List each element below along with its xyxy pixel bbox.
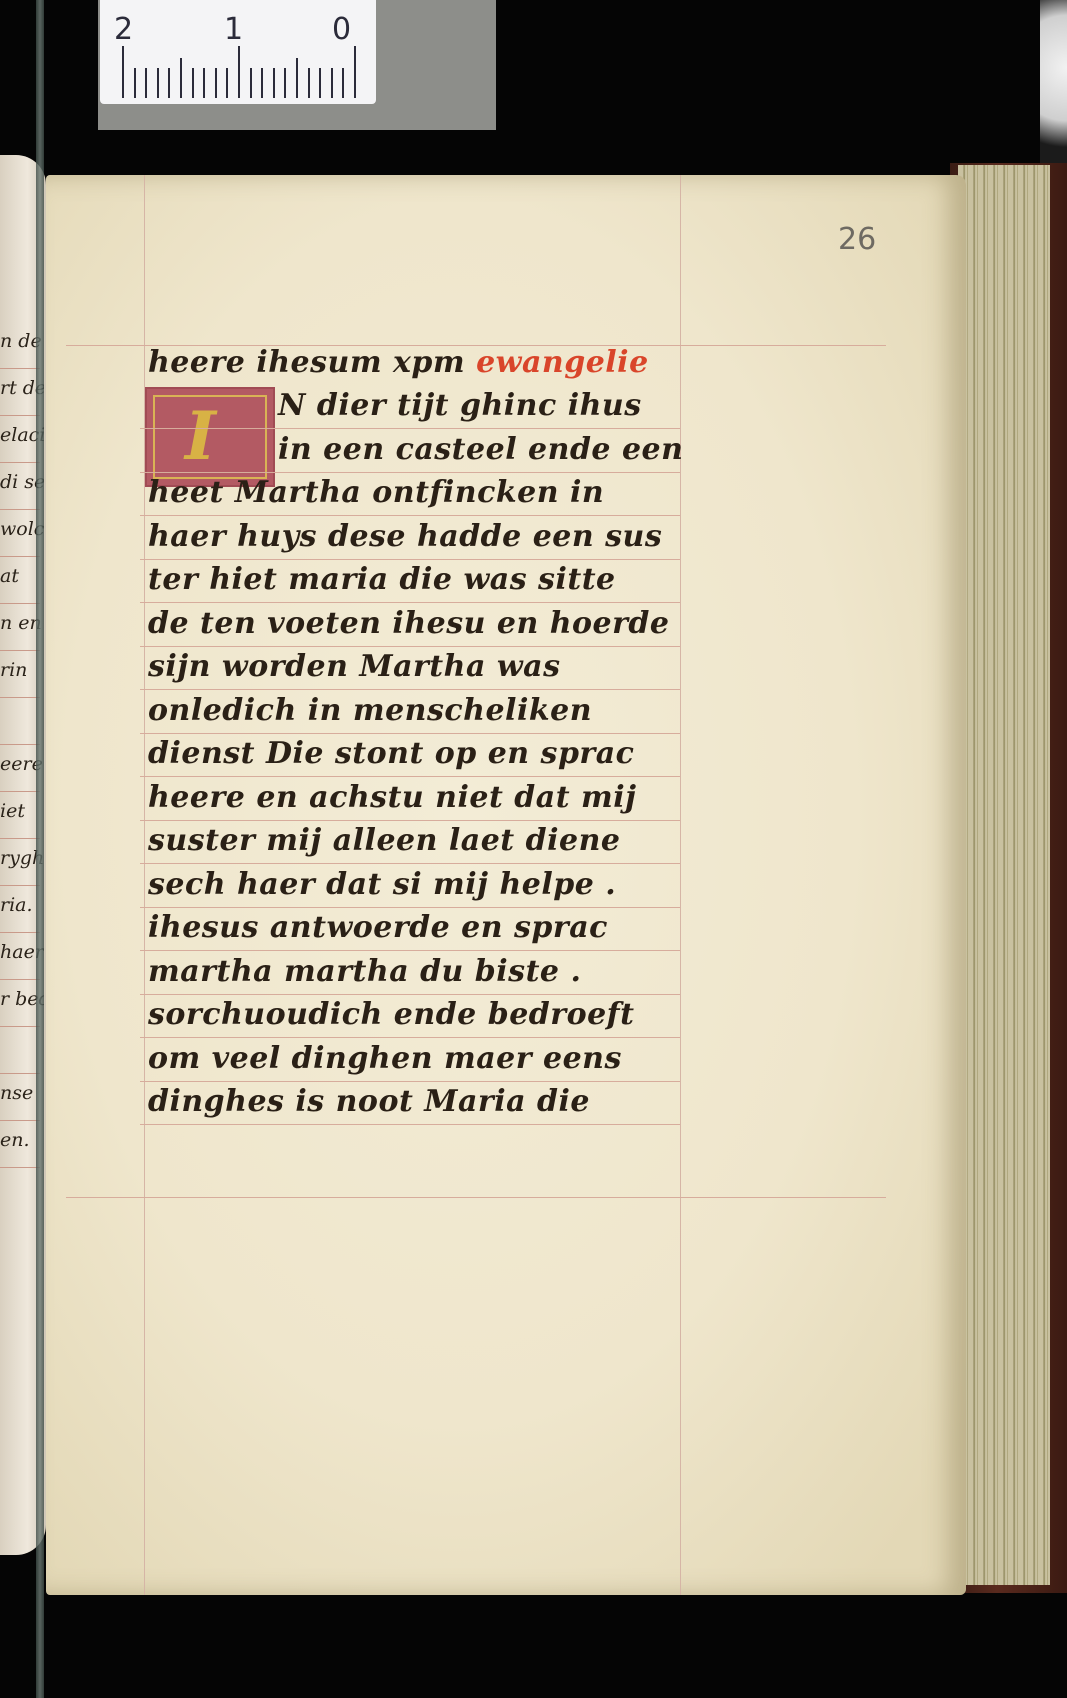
ruling-line <box>140 950 680 951</box>
text-line: om veel dinghen maer eens <box>148 1041 622 1076</box>
text-line: sech haer dat si mij helpe . <box>148 867 616 902</box>
facing-page-rule <box>0 791 40 792</box>
text-line: heet Martha ontfincken in <box>148 475 604 510</box>
page-edges <box>958 165 1050 1585</box>
initial-letter: I <box>185 397 216 475</box>
scale-ruler: 2 1 0 <box>100 0 376 104</box>
glass-plate-edge <box>36 0 44 1698</box>
rubric-black: heere ihesum xpm <box>148 345 476 380</box>
ruler-tick <box>331 68 333 98</box>
text-line: martha martha du biste . <box>148 954 581 989</box>
ruling-line <box>140 689 680 690</box>
text-line: ter hiet maria die was sitte <box>148 562 616 597</box>
ruler-tick <box>284 68 286 98</box>
facing-page-rule <box>0 744 40 745</box>
ruling-line <box>140 559 680 560</box>
ruling-line <box>140 1124 680 1125</box>
ruling-line <box>140 515 680 516</box>
ruler-tick <box>319 68 321 98</box>
ruler-tick <box>122 46 124 98</box>
facing-page-rule <box>0 603 40 604</box>
facing-page-rule <box>0 838 40 839</box>
ruler-label-2: 2 <box>114 12 133 47</box>
text-line: suster mij alleen laet diene <box>148 823 620 858</box>
ruling-line <box>140 1081 680 1082</box>
ruler-tick <box>342 68 344 98</box>
facing-page-rule <box>0 415 40 416</box>
ruler-tick <box>354 46 356 98</box>
ruler-label-1: 1 <box>224 12 243 47</box>
facing-page-rule <box>0 509 40 510</box>
facing-page-rule <box>0 979 40 980</box>
ruler-tick <box>134 68 136 98</box>
ruler-label-0: 0 <box>332 12 351 47</box>
text-line: haer huys dese hadde een sus <box>148 519 662 554</box>
facing-page-rule <box>0 932 40 933</box>
rubric-line: heere ihesum xpm ewangelie <box>148 345 649 380</box>
ruling-line <box>140 428 680 429</box>
text-line: onledich in menscheliken <box>148 693 592 728</box>
weight-object <box>1040 0 1067 170</box>
ruler-tick <box>308 68 310 98</box>
ruler-tick <box>168 68 170 98</box>
ruling-line <box>140 733 680 734</box>
ruler-tick <box>145 68 147 98</box>
ruling-line <box>140 994 680 995</box>
ruling-line <box>140 820 680 821</box>
ruler-tick <box>192 68 194 98</box>
facing-page-rule <box>0 556 40 557</box>
text-line: heere en achstu niet dat mij <box>148 780 637 815</box>
ruling-vertical-right <box>680 175 681 1595</box>
facing-page-rule <box>0 1073 40 1074</box>
ruling-line <box>140 602 680 603</box>
ruling-line <box>140 863 680 864</box>
ruler-tick <box>238 46 240 98</box>
folio-number: 26 <box>838 222 876 257</box>
ruling-line <box>140 907 680 908</box>
ruling-line <box>140 472 680 473</box>
text-line: dienst Die stont op en sprac <box>148 736 634 771</box>
facing-page-rule <box>0 368 40 369</box>
facing-page-rule <box>0 1120 40 1121</box>
facing-page-rule <box>0 1167 40 1168</box>
ruling-line <box>140 776 680 777</box>
facing-page-rule <box>0 885 40 886</box>
text-line: ihesus antwoerde en sprac <box>148 910 608 945</box>
ruler-tick <box>226 68 228 98</box>
facing-page-rule <box>0 650 40 651</box>
facing-page-rule <box>0 1026 40 1027</box>
text-line: sorchuoudich ende bedroeft <box>148 997 634 1032</box>
text-line: N dier tijt ghinc ihus <box>278 388 642 423</box>
facing-page-rule <box>0 697 40 698</box>
ruler-tick <box>261 68 263 98</box>
ruling-line <box>140 1037 680 1038</box>
facing-page-rule <box>0 462 40 463</box>
text-line: sijn worden Martha was <box>148 649 561 684</box>
ruler-tick <box>273 68 275 98</box>
ruling-bottom <box>66 1197 886 1198</box>
text-line: in een casteel ende een <box>278 432 683 467</box>
ruler-tick <box>296 58 298 98</box>
ruler-tick <box>157 68 159 98</box>
ruler-tick <box>203 68 205 98</box>
text-line: dinghes is noot Maria die <box>148 1084 590 1119</box>
ruler-tick <box>215 68 217 98</box>
ruler-tick <box>250 68 252 98</box>
rubric-red: ewangelie <box>476 345 649 380</box>
ruling-line <box>140 646 680 647</box>
ruler-tick <box>180 58 182 98</box>
text-line: de ten voeten ihesu en hoerde <box>148 606 670 641</box>
